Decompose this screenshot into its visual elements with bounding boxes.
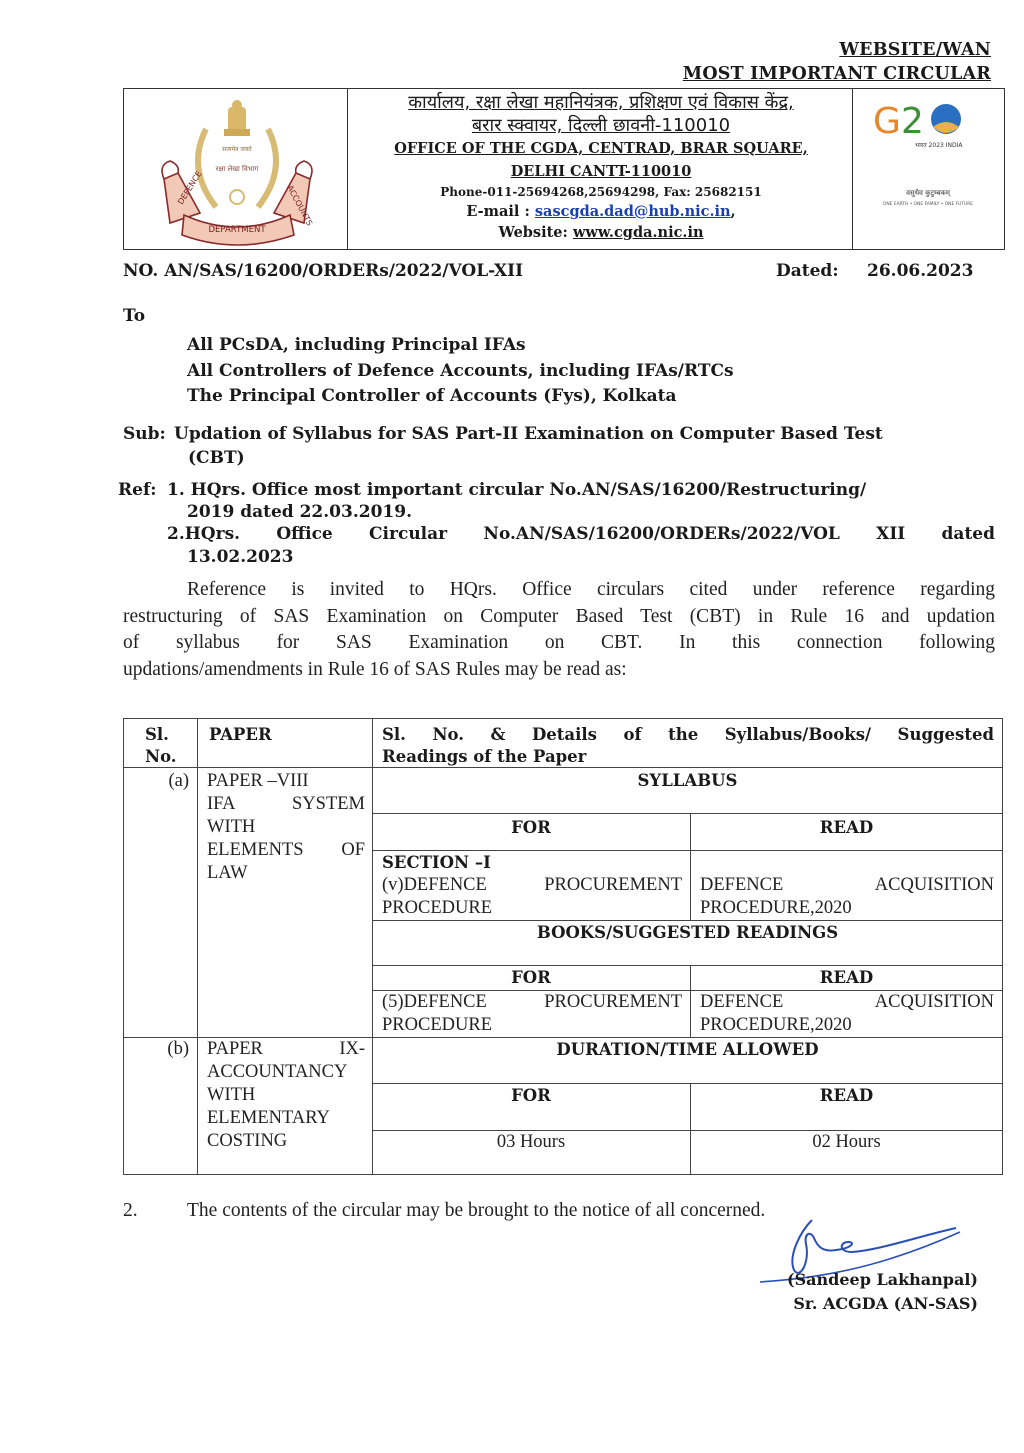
syllabus-read-label: READ bbox=[690, 817, 1003, 839]
books-for-label: FOR bbox=[372, 968, 690, 988]
duration-heading: DURATION/TIME ALLOWED bbox=[372, 1039, 1003, 1061]
office-address-block: कार्यालय, रक्षा लेखा महानियंत्रक, प्रशिक… bbox=[348, 89, 854, 249]
email-line: E-mail : sascgda.dad@hub.nic.in, bbox=[348, 202, 854, 222]
syllabus-read-cell: DEFENCE ACQUISITION PROCEDURE,2020 bbox=[700, 874, 994, 920]
most-important-circular-label: MOST IMPORTANT CIRCULAR bbox=[683, 64, 991, 84]
hindi-office-name: कार्यालय, रक्षा लेखा महानियंत्रक, प्रशिक… bbox=[348, 91, 854, 114]
recipient-item: All Controllers of Defence Accounts, inc… bbox=[187, 359, 734, 385]
row-a-sl: (a) bbox=[123, 770, 189, 793]
svg-text:DEPARTMENT: DEPARTMENT bbox=[208, 225, 266, 235]
hindi-address: बरार स्क्वायर, दिल्ली छावनी-110010 bbox=[348, 114, 854, 137]
books-for-cell: (5)DEFENCE PROCUREMENT PROCEDURE bbox=[382, 991, 682, 1037]
syllabus-heading: SYLLABUS bbox=[372, 770, 1003, 792]
duration-for-label: FOR bbox=[372, 1085, 690, 1107]
books-read-label: READ bbox=[690, 968, 1003, 988]
dated-label: Dated: bbox=[776, 261, 839, 281]
signatory-name: (Sandeep Lakhanpal) bbox=[787, 1270, 978, 1289]
duration-read-label: READ bbox=[690, 1085, 1003, 1107]
row-a-paper: PAPER –VIII IFA SYSTEM WITH ELEMENTS OF … bbox=[207, 770, 365, 885]
english-office-name: OFFICE OF THE CGDA, CENTRAD, BRAR SQUARE… bbox=[348, 137, 854, 160]
syllabus-amendment-table: Sl. No. PAPER Sl. No. & Details of the S… bbox=[123, 718, 1003, 1175]
row-b-sl: (b) bbox=[123, 1038, 189, 1061]
english-address: DELHI CANTT-110010 bbox=[348, 160, 854, 183]
left-logo-cell: सत्यमेव जयते रक्षा लेखा विभाग DEFENCE AC… bbox=[124, 89, 348, 249]
dated-value: 26.06.2023 bbox=[867, 261, 973, 281]
svg-text:2: 2 bbox=[901, 101, 924, 142]
svg-text:रक्षा लेखा विभाग: रक्षा लेखा विभाग bbox=[216, 164, 260, 173]
row-b-paper: PAPER IX- ACCOUNTANCY WITH ELEMENTARY CO… bbox=[207, 1038, 365, 1153]
duration-for-value: 03 Hours bbox=[372, 1131, 690, 1154]
books-heading: BOOKS/SUGGESTED READINGS bbox=[372, 922, 1003, 944]
defence-accounts-department-emblem-icon: सत्यमेव जयते रक्षा लेखा विभाग DEFENCE AC… bbox=[124, 89, 348, 249]
subject-line2: (CBT) bbox=[188, 448, 245, 468]
svg-text:G: G bbox=[873, 101, 901, 142]
header-sl-no: Sl. No. bbox=[145, 724, 195, 768]
g20-logo-icon: G 2 भारत 2023 INDIA वसुधैव कुटुम्बकम् ON… bbox=[853, 89, 1003, 249]
closing-number: 2. bbox=[123, 1200, 138, 1222]
closing-text: The contents of the circular may be brou… bbox=[187, 1200, 765, 1222]
duration-read-value: 02 Hours bbox=[690, 1131, 1003, 1154]
phone-fax: Phone-011-25694268,25694298, Fax: 256821… bbox=[348, 183, 854, 202]
email-suffix: , bbox=[731, 203, 736, 220]
reference-number: NO. AN/SAS/16200/ORDERs/2022/VOL-XII bbox=[123, 261, 523, 281]
website-link[interactable]: www.cgda.nic.in bbox=[573, 224, 704, 241]
recipient-item: All PCsDA, including Principal IFAs bbox=[187, 333, 734, 359]
right-logo-cell: G 2 भारत 2023 INDIA वसुधैव कुटुम्बकम् ON… bbox=[852, 89, 1004, 249]
subject-label: Sub: bbox=[123, 424, 166, 444]
svg-text:सत्यमेव जयते: सत्यमेव जयते bbox=[222, 145, 252, 153]
subject-line1: Updation of Syllabus for SAS Part-II Exa… bbox=[174, 424, 883, 444]
email-label: E-mail : bbox=[466, 203, 535, 220]
signatory-designation: Sr. ACGDA (AN-SAS) bbox=[793, 1294, 978, 1313]
to-label: To bbox=[123, 306, 145, 326]
email-link[interactable]: sascgda.dad@hub.nic.in bbox=[535, 203, 731, 220]
svg-text:भारत 2023 INDIA: भारत 2023 INDIA bbox=[915, 142, 963, 149]
website-wan-label: WEBSITE/WAN bbox=[839, 40, 991, 60]
syllabus-for-label: FOR bbox=[372, 817, 690, 839]
ref2-line1: 2.HQrs. Office Circular No.AN/SAS/16200/… bbox=[167, 524, 995, 544]
ref2-line2: 13.02.2023 bbox=[187, 547, 293, 567]
website-label: Website: bbox=[498, 224, 572, 241]
ref-label: Ref: bbox=[118, 480, 157, 500]
books-read-cell: DEFENCE ACQUISITION PROCEDURE,2020 bbox=[700, 991, 994, 1037]
letterhead: सत्यमेव जयते रक्षा लेखा विभाग DEFENCE AC… bbox=[123, 88, 1005, 250]
intro-paragraph: Reference is invited to HQrs. Office cir… bbox=[123, 577, 995, 683]
ref1-line1: 1. HQrs. Office most important circular … bbox=[167, 480, 866, 500]
recipient-list: All PCsDA, including Principal IFAs All … bbox=[187, 333, 734, 410]
svg-text:ONE EARTH • ONE FAMILY • ONE F: ONE EARTH • ONE FAMILY • ONE FUTURE bbox=[883, 201, 973, 207]
website-line: Website: www.cgda.nic.in bbox=[348, 222, 854, 244]
svg-text:वसुधैव कुटुम्बकम्: वसुधैव कुटुम्बकम् bbox=[906, 188, 951, 197]
ref1-line2: 2019 dated 22.03.2019. bbox=[187, 502, 412, 522]
syllabus-for-cell: SECTION –I (v)DEFENCE PROCUREMENT PROCED… bbox=[382, 852, 682, 920]
recipient-item: The Principal Controller of Accounts (Fy… bbox=[187, 384, 734, 410]
header-details: Sl. No. & Details of the Syllabus/Books/… bbox=[382, 724, 994, 768]
header-paper: PAPER bbox=[209, 724, 272, 746]
